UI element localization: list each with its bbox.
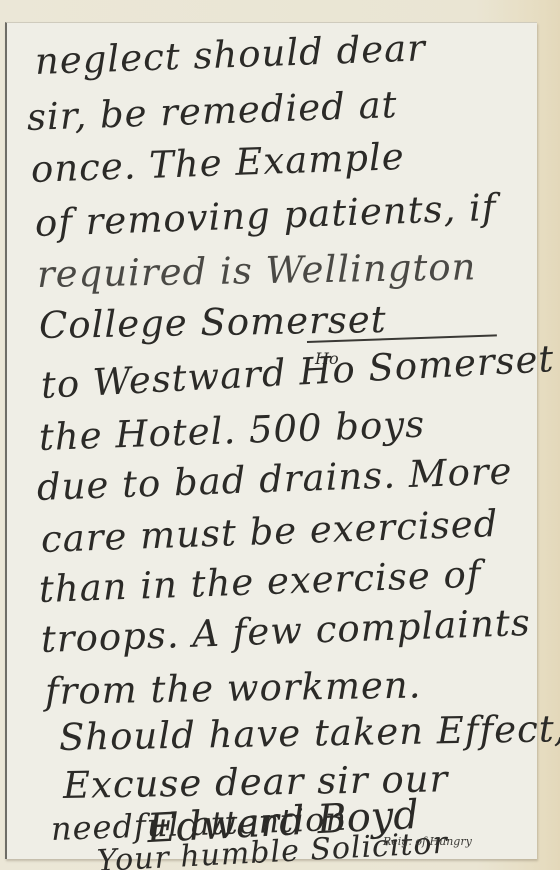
letter-line-10: care must be exercised <box>40 505 498 558</box>
letter-line-2: sir, be remedied at <box>26 86 398 136</box>
letter-line-13: from the workmen. <box>45 666 422 710</box>
letter-line-3: once. The Example <box>30 138 405 188</box>
letter-line-5: required is Wellington <box>37 248 477 293</box>
letter-line-4: of removing patients, if <box>34 189 497 242</box>
letter-line-8: the Hotel. 500 boys <box>38 406 425 456</box>
footnote-annotation: Reig. of Hungry <box>383 835 472 848</box>
letter-line-9: due to bad drains. More <box>36 452 513 506</box>
letter-line-1: neglect should dear <box>34 29 426 80</box>
letter-line-12: troops. A few complaints <box>40 604 531 658</box>
letter-line-6: College Somerset <box>39 301 387 344</box>
letter-line-14: Should have taken Effect; <box>59 710 560 756</box>
letter-line-11: than in the exercise of <box>38 556 482 608</box>
letter-card: neglect should dear sir, be remedied at … <box>5 22 537 859</box>
letter-line-7: to Westward Ho Somerset <box>40 340 555 404</box>
